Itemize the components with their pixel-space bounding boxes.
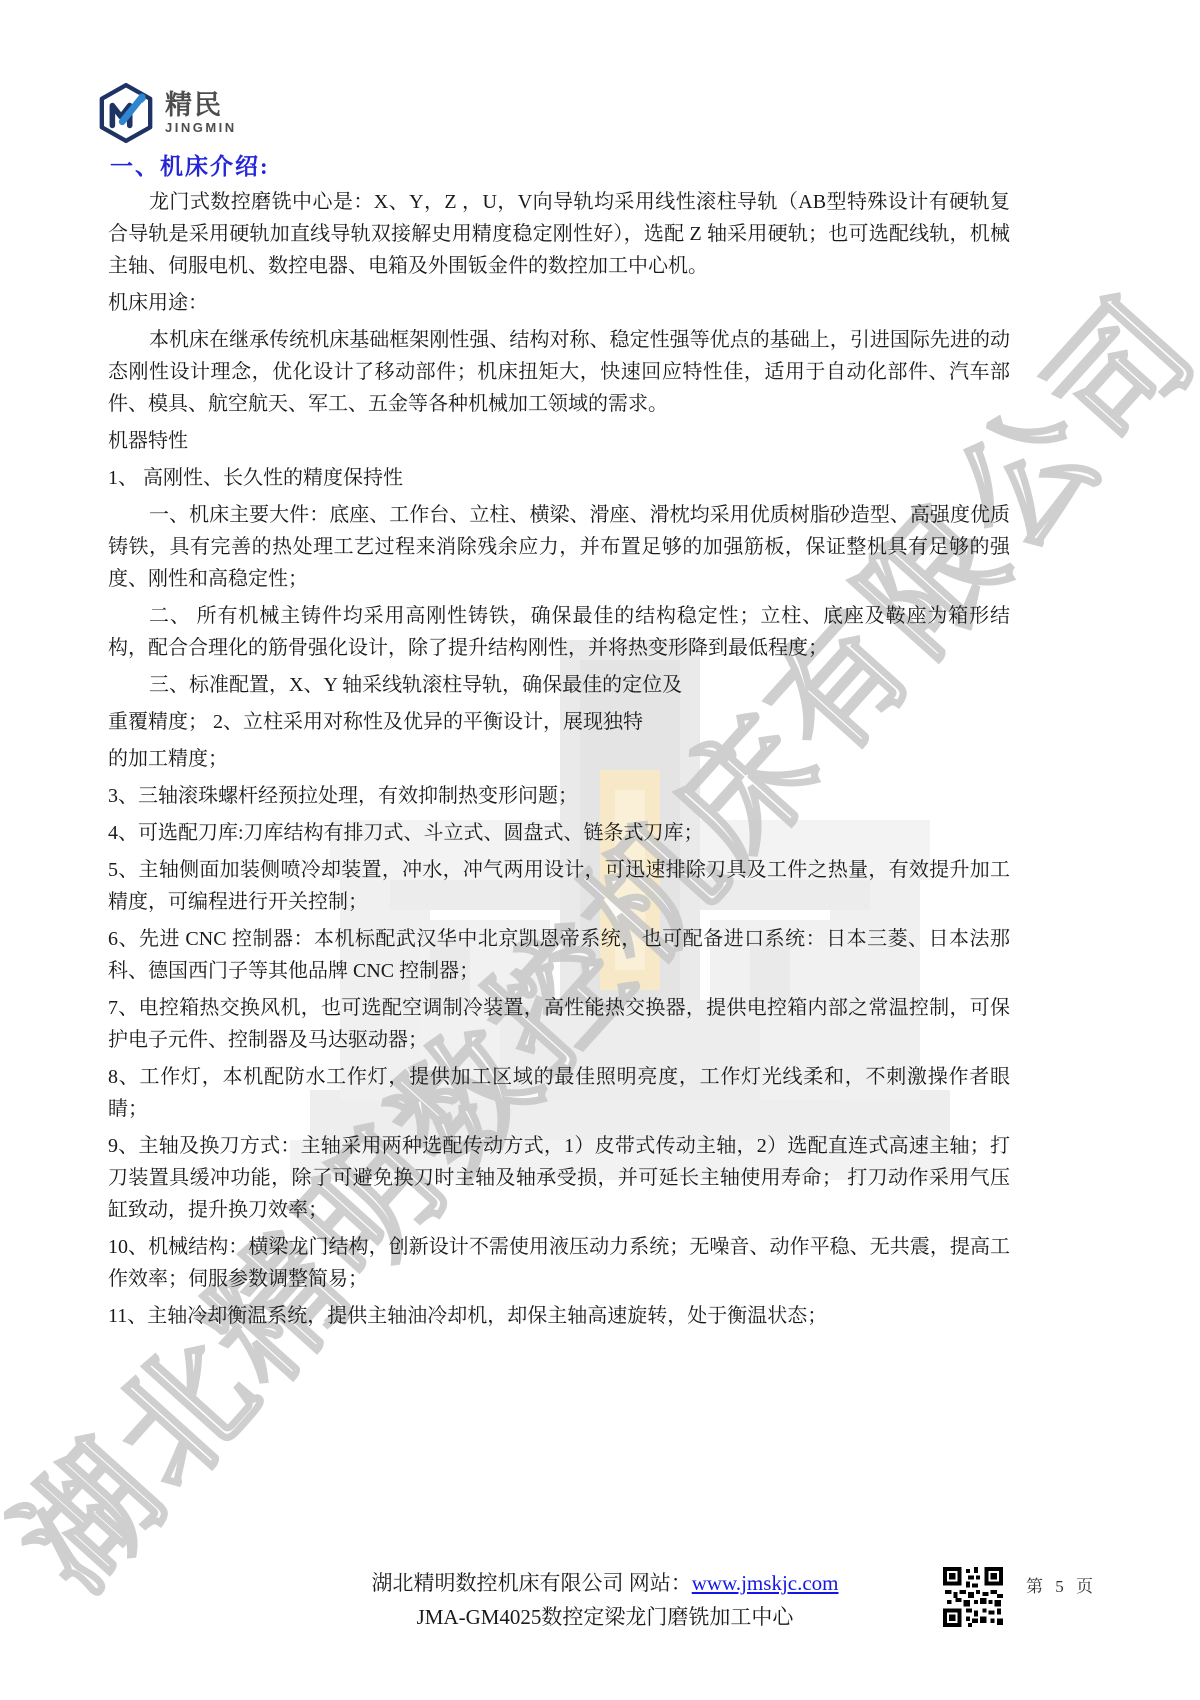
logo-en-text: JINGMIN (165, 121, 237, 134)
company-logo: 精民 JINGMIN (95, 82, 237, 144)
body-paragraph: 4、可选配刀库:刀库结构有排刀式、斗立式、圆盘式、链条式刀库； (108, 817, 1010, 849)
section-heading: 一、机床介绍: (110, 148, 270, 181)
body-paragraph: 重覆精度； 2、立柱采用对称性及优异的平衡设计，展现独特 (108, 706, 1010, 738)
body-paragraph: 的加工精度； (108, 743, 1010, 775)
footer-website-label: 网站： (623, 1571, 691, 1595)
hexagon-logo-icon (95, 82, 157, 144)
body-paragraph: 8、工作灯，本机配防水工作灯，提供加工区域的最佳照明亮度，工作灯光线柔和，不刺激… (108, 1061, 1010, 1125)
body-paragraph: 9、主轴及换刀方式：主轴采用两种选配传动方式，1）皮带式传动主轴，2）选配直连式… (108, 1130, 1010, 1226)
logo-cn-text: 精民 (165, 92, 237, 119)
body-paragraph: 龙门式数控磨铣中心是：X、Y，Z ，U，V向导轨均采用线性滚柱导轨（AB型特殊设… (108, 186, 1010, 282)
body-paragraph: 机器特性 (108, 425, 1010, 457)
page-number: 第 5 页 (1026, 1572, 1097, 1597)
body-paragraph: 三、标准配置，X、Y 轴采线轨滚柱导轨，确保最佳的定位及 (108, 669, 1010, 701)
footer-company: 湖北精明数控机床有限公司 (371, 1571, 623, 1595)
body-paragraph: 7、电控箱热交换风机，也可选配空调制冷装置，高性能热交换器，提供电控箱内部之常温… (108, 992, 1010, 1056)
body-paragraph: 一、机床主要大件：底座、工作台、立柱、横梁、滑座、滑枕均采用优质树脂砂造型、高强… (108, 499, 1010, 595)
body-paragraph: 11、主轴冷却衡温系统，提供主轴油冷却机，却保主轴高速旋转，处于衡温状态； (108, 1300, 1010, 1332)
body-paragraph: 1、 高刚性、长久性的精度保持性 (108, 462, 1010, 494)
body-paragraph: 10、机械结构：横梁龙门结构，创新设计不需使用液压动力系统；无噪音、动作平稳、无… (108, 1231, 1010, 1295)
body-paragraph: 机床用途： (108, 287, 1010, 319)
body-paragraph: 本机床在继承传统机床基础框架刚性强、结构对称、稳定性强等优点的基础上，引进国际先… (108, 324, 1010, 420)
body-paragraph: 3、三轴滚珠螺杆经预拉处理，有效抑制热变形问题； (108, 780, 1010, 812)
qr-code (943, 1567, 1003, 1627)
body-text: 龙门式数控磨铣中心是：X、Y，Z ，U，V向导轨均采用线性滚柱导轨（AB型特殊设… (108, 186, 1010, 1337)
website-link[interactable]: www.jmskjc.com (692, 1571, 839, 1595)
document-page: 湖北精明数控机床有限公司 精民 JINGMIN 一、机床介绍: 龙门式数控磨铣中… (0, 0, 1200, 1700)
body-paragraph: 二、 所有机械主铸件均采用高刚性铸铁，确保最佳的结构稳定性；立柱、底座及鞍座为箱… (108, 600, 1010, 664)
body-paragraph: 6、先进 CNC 控制器：本机标配武汉华中北京凯恩帝系统，也可配备进口系统：日本… (108, 923, 1010, 987)
body-paragraph: 5、主轴侧面加装侧喷冷却装置，冲水，冲气两用设计，可迅速排除刀具及工件之热量，有… (108, 854, 1010, 918)
